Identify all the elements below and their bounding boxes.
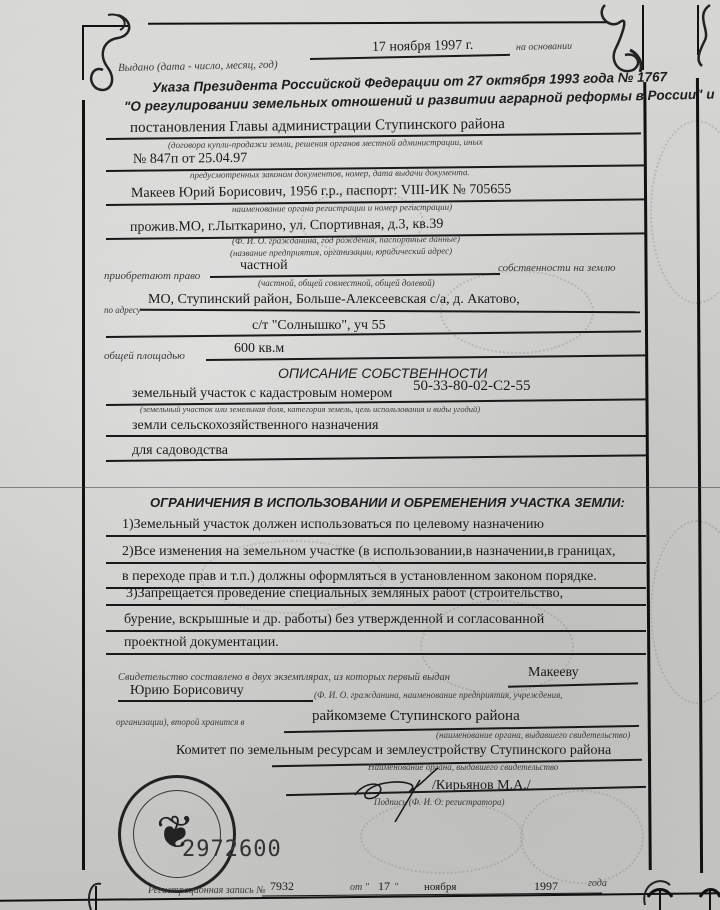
address-label: по адресу [104, 305, 141, 315]
residence-caption-2: (название предприятия, организации, юрид… [230, 246, 452, 258]
issued-date: 17 ноября 1997 г. [372, 38, 474, 56]
texture [520, 790, 644, 884]
issued-label: Выдано (дата - число, месяц, год) [118, 59, 278, 74]
registration-year: 1997 [534, 879, 558, 894]
recipient-2: Юрию Борисовичу [130, 683, 244, 699]
registration-day-close: " [394, 882, 398, 893]
registration-year-suffix: года [588, 878, 607, 889]
right-value: частной [240, 258, 288, 274]
restriction-line: проектной документации. [124, 635, 279, 651]
registration-number: 7932 [270, 879, 294, 894]
basis-value-2: № 847п от 25.04.97 [133, 151, 247, 168]
land-category: земли сельскохозяйственного назначения [132, 418, 378, 434]
recipient-1: Макееву [528, 665, 579, 681]
registration-label: Регистрационная запись № [148, 885, 266, 896]
underline [118, 700, 313, 702]
texture [650, 520, 720, 704]
underline [106, 435, 646, 437]
address-value-2: с/т "Солнышко", уч 55 [252, 318, 386, 334]
corner-ornament-icon [698, 875, 720, 910]
frame-top [148, 21, 608, 25]
underline [106, 630, 646, 632]
area-value: 600 кв.м [234, 341, 284, 357]
land-purpose: для садоводства [132, 443, 228, 459]
right-caption: (частной, общей совместной, общей долево… [258, 278, 435, 288]
corner-ornament-icon [690, 0, 720, 70]
registration-month: ноября [424, 881, 456, 893]
underline [106, 653, 646, 655]
restriction-line: 3)Запрещается проведение специальных зем… [126, 586, 563, 602]
recipient-caption: (Ф. И. О. гражданина, наименование предп… [314, 690, 563, 700]
restriction-line: бурение, вскрышные и др. работы) без утв… [124, 612, 544, 628]
right-suffix: собственности на землю [498, 262, 616, 274]
underline [106, 562, 646, 564]
corner-ornament-icon [640, 875, 680, 910]
second-copy-label: организации), второй хранится в [116, 717, 244, 727]
stamp-inner-ring: ❦ [133, 790, 221, 878]
plot-caption: (земельный участок или земельная доля, к… [140, 404, 480, 414]
copies-text: Свидетельство составлено в двух экземпля… [118, 672, 450, 683]
issuer-name: Комитет по земельным ресурсам и землеуст… [176, 743, 611, 759]
official-stamp: ❦ [118, 775, 236, 893]
second-copy-caption: (наименование органа, выдавшего свидетел… [436, 730, 630, 740]
restriction-line: 2)Все изменения на земельном участке (в … [122, 544, 616, 560]
underline [106, 604, 646, 606]
restrictions-heading: ОГРАНИЧЕНИЯ В ИСПОЛЬЗОВАНИИ И ОБРЕМЕНЕНИ… [150, 495, 625, 510]
plot-value: земельный участок с кадастровым номером [132, 386, 392, 402]
underline [106, 535, 646, 537]
right-label: приобретают право [104, 270, 200, 282]
registration-from: от " [350, 882, 369, 893]
serial-number: 2972600 [182, 837, 282, 862]
corner-ornament-icon [86, 876, 111, 910]
residence-caption-1: (Ф. И. О. гражданина, год рождения, пасп… [232, 234, 460, 246]
page-fold-line [0, 487, 720, 488]
corner-ornament-icon [78, 10, 138, 95]
restriction-line: 1)Земельный участок должен использоватьс… [122, 517, 544, 533]
signature-icon [350, 760, 450, 825]
frame-left [82, 100, 85, 870]
basis-caption-1: (договора купли-продажи земли, решения о… [168, 137, 483, 150]
residence-value: прожив.МО, г.Лыткарино, ул. Спортивная, … [130, 217, 444, 236]
basis-label: на основании [516, 41, 572, 53]
second-copy-value: райкомземе Ступинского района [312, 708, 520, 725]
owner-value: Макеев Юрий Борисович, 1956 г.р., паспор… [131, 182, 512, 202]
restriction-line: в переходе прав и т.п.) должны оформлять… [122, 569, 597, 585]
certificate-sheet: Выдано (дата - число, месяц, год) 17 ноя… [0, 0, 720, 910]
area-label: общей площадью [104, 350, 185, 362]
cadastral-number: 50-33-80-02-С2-55 [413, 378, 530, 395]
registration-day: 17 [378, 879, 390, 894]
texture [650, 120, 720, 304]
basis-caption-2: предусмотренных законом документов, номе… [190, 167, 470, 180]
address-value-1: МО, Ступинский район, Больше-Алексеевска… [148, 292, 520, 308]
